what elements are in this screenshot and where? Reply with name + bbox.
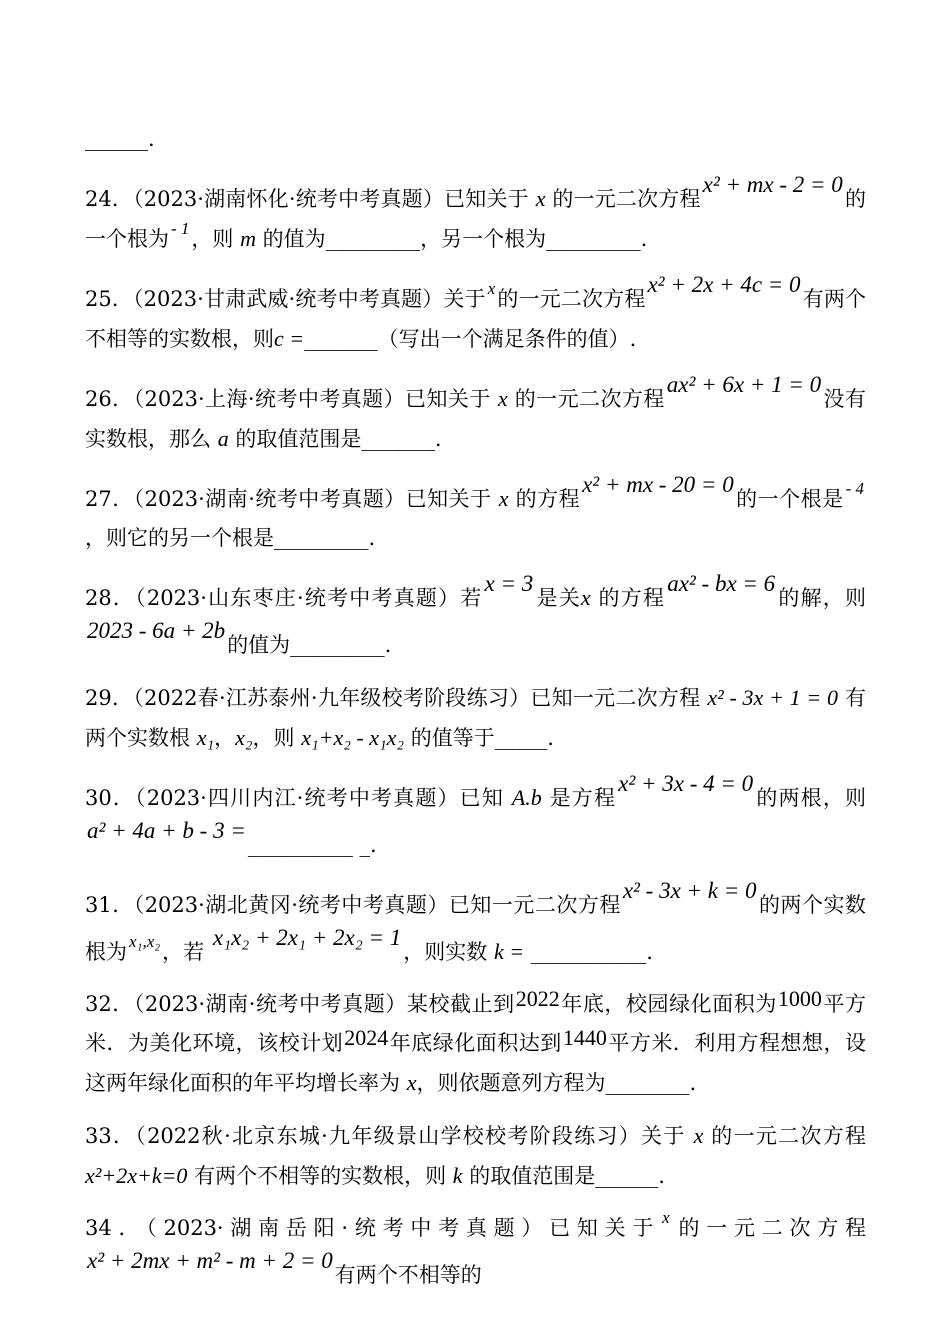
math-run: x² + 2mx + m² - m + 2 = 0: [87, 1248, 333, 1273]
math-run: x: [662, 1209, 670, 1227]
question-33: 33．（2022秋·北京东城·九年级景山学校校考阶段练习）关于 x 的一元二次方…: [85, 1116, 866, 1196]
question-25: 25．（2023·甘肃武威·统考中考真题）关于x的一元二次方程x² + 2x +…: [85, 272, 866, 359]
text-run: ______.: [85, 127, 155, 151]
math-run: x² + mx - 20 = 0: [582, 472, 734, 497]
math-run: x: [581, 585, 591, 610]
question-31: 31．（2023·湖北黄冈·统考中考真题）已知一元二次方程x² - 3x + k…: [85, 878, 866, 972]
math-run: 2022: [516, 987, 560, 1010]
math-run: x: [498, 386, 508, 411]
math-run: - 4: [846, 480, 864, 498]
math-run: x: [694, 1123, 704, 1148]
math-run: k =: [494, 939, 524, 964]
text-run: 28．（2023·山东枣庄·统考中考真题）若: [85, 586, 483, 610]
text-run: 的解，则: [777, 586, 866, 610]
math-run: c =: [274, 326, 304, 351]
math-run: - 1: [171, 220, 189, 238]
math-run: x² - 3x + k = 0: [623, 878, 757, 903]
text-run: 29．（2022春·江苏泰州·九年级校考阶段练习）已知一元二次方程: [85, 686, 707, 710]
text-run: 的一元二次方程: [545, 187, 700, 211]
text-run: 年底绿化面积达到: [389, 1031, 562, 1055]
math-run: x² + 3x - 4 = 0: [618, 771, 753, 796]
text-run: 32．（2023·湖南·统考中考真题）某校截止到: [85, 992, 515, 1016]
math-run: x₁x₂ + 2x₁ + 2x₂ = 1: [213, 925, 401, 950]
math-run: A.b: [512, 785, 542, 810]
text-run: __________ _.: [248, 833, 377, 857]
text-run: 的取值范围是______.: [463, 1164, 665, 1188]
text-run: ，则它的另一个根是_________.: [85, 526, 375, 550]
math-run: x₁: [197, 725, 214, 750]
question-29: 29．（2022春·江苏泰州·九年级校考阶段练习）已知一元二次方程 x² - 3…: [85, 678, 866, 758]
math-run: x₂: [235, 725, 252, 750]
math-run: 2024: [344, 1026, 388, 1049]
text-run: 年底，校园绿化面积为: [561, 992, 777, 1016]
text-run: 的一个根是: [736, 487, 844, 511]
math-run: x: [536, 186, 546, 211]
math-run: x²+2x+k=0: [85, 1163, 187, 1188]
math-run: x: [407, 1070, 417, 1095]
math-run: 1440: [563, 1026, 607, 1049]
text-run: 的一元二次方程: [508, 387, 665, 411]
math-run: 1000: [778, 987, 822, 1010]
text-run: ___________.: [524, 940, 653, 964]
question-32: 32．（2023·湖南·统考中考真题）某校截止到2022年底，校园绿化面积为10…: [85, 985, 866, 1103]
math-run: x² - 3x + 1 = 0: [707, 685, 838, 710]
math-run: ax² + 6x + 1 = 0: [667, 372, 821, 397]
text-run: _______（写出一个满足条件的值）.: [304, 327, 636, 351]
text-run: 的一元二次方程: [497, 287, 645, 311]
text-run: 25．（2023·甘肃武威·统考中考真题）关于: [85, 287, 486, 311]
text-run: 有两个不相等的: [335, 1263, 482, 1287]
text-run: 的值等于_____.: [404, 726, 554, 750]
text-run: ，则: [253, 726, 302, 750]
math-run: x² + mx - 2 = 0: [703, 172, 843, 197]
text-run: 的方程: [509, 487, 581, 511]
text-run: ，若: [162, 940, 211, 964]
text-run: 的值为_________，另一个根为_________.: [256, 227, 647, 251]
math-run: m: [240, 226, 256, 251]
text-run: 有两个不相等的实数根，则: [187, 1164, 452, 1188]
math-run: x₁,x₂: [129, 933, 160, 951]
text-run: 33．（2022秋·北京东城·九年级景山学校校考阶段练习）关于: [85, 1124, 694, 1148]
text-run: 的取值范围是_______.: [229, 427, 442, 451]
text-run: 34．（2023·湖南岳阳·统考中考真题）已知关于: [85, 1216, 660, 1240]
text-run: ，则实数: [403, 940, 494, 964]
document-page: ______.24．（2023·湖南怀化·统考中考真题）已知关于 x 的一元二次…: [0, 0, 950, 1344]
text-run: 30．（2023·四川内江·统考中考真题）已知: [85, 786, 512, 810]
text-run: ，则依题意列方程为________.: [416, 1071, 696, 1095]
question-26: 26．（2023·上海·统考中考真题）已知关于 x 的一元二次方程ax² + 6…: [85, 372, 866, 459]
text-run: 24．（2023·湖南怀化·统考中考真题）已知关于: [85, 187, 536, 211]
math-run: a: [218, 426, 229, 451]
math-run: x² + 2x + 4c = 0: [647, 272, 800, 297]
question-34: 34．（2023·湖南岳阳·统考中考真题）已知关于x的一元二次方程x² + 2m…: [85, 1209, 866, 1295]
text-run: 31．（2023·湖北黄冈·统考中考真题）已知一元二次方程: [85, 893, 621, 917]
text-run: 是方程: [542, 786, 616, 810]
text-run: 的一元二次方程: [672, 1216, 866, 1240]
text-run: 27．（2023·湖南·统考中考真题）已知关于: [85, 487, 499, 511]
text-run: 的一元二次方程: [703, 1124, 866, 1148]
math-run: k: [453, 1163, 463, 1188]
text-run: 26．（2023·上海·统考中考真题）已知关于: [85, 387, 498, 411]
blank-line-continuation: ______.: [85, 120, 866, 159]
math-run: ax² - bx = 6: [667, 571, 775, 596]
math-run: x: [488, 280, 496, 298]
question-24: 24．（2023·湖南怀化·统考中考真题）已知关于 x 的一元二次方程x² + …: [85, 172, 866, 259]
math-run: x = 3: [485, 571, 534, 596]
text-run: ，则: [191, 227, 240, 251]
text-run: 的两根，则: [755, 786, 866, 810]
question-27: 27．（2023·湖南·统考中考真题）已知关于 x 的方程x² + mx - 2…: [85, 472, 866, 558]
question-30: 30．（2023·四川内江·统考中考真题）已知 A.b 是方程x² + 3x -…: [85, 771, 866, 865]
text-run: 的值为_________.: [227, 633, 391, 657]
text-run: 是关: [535, 586, 581, 610]
math-run: a² + 4a + b - 3 =: [87, 818, 246, 843]
text-run: 的方程: [591, 586, 666, 610]
math-run: x₁+x₂ - x₁x₂: [301, 725, 404, 750]
math-run: x: [499, 486, 509, 511]
question-28: 28．（2023·山东枣庄·统考中考真题）若x = 3是关x 的方程ax² - …: [85, 571, 866, 665]
text-run: ，: [214, 726, 235, 750]
math-run: 2023 - 6a + 2b: [87, 618, 225, 643]
